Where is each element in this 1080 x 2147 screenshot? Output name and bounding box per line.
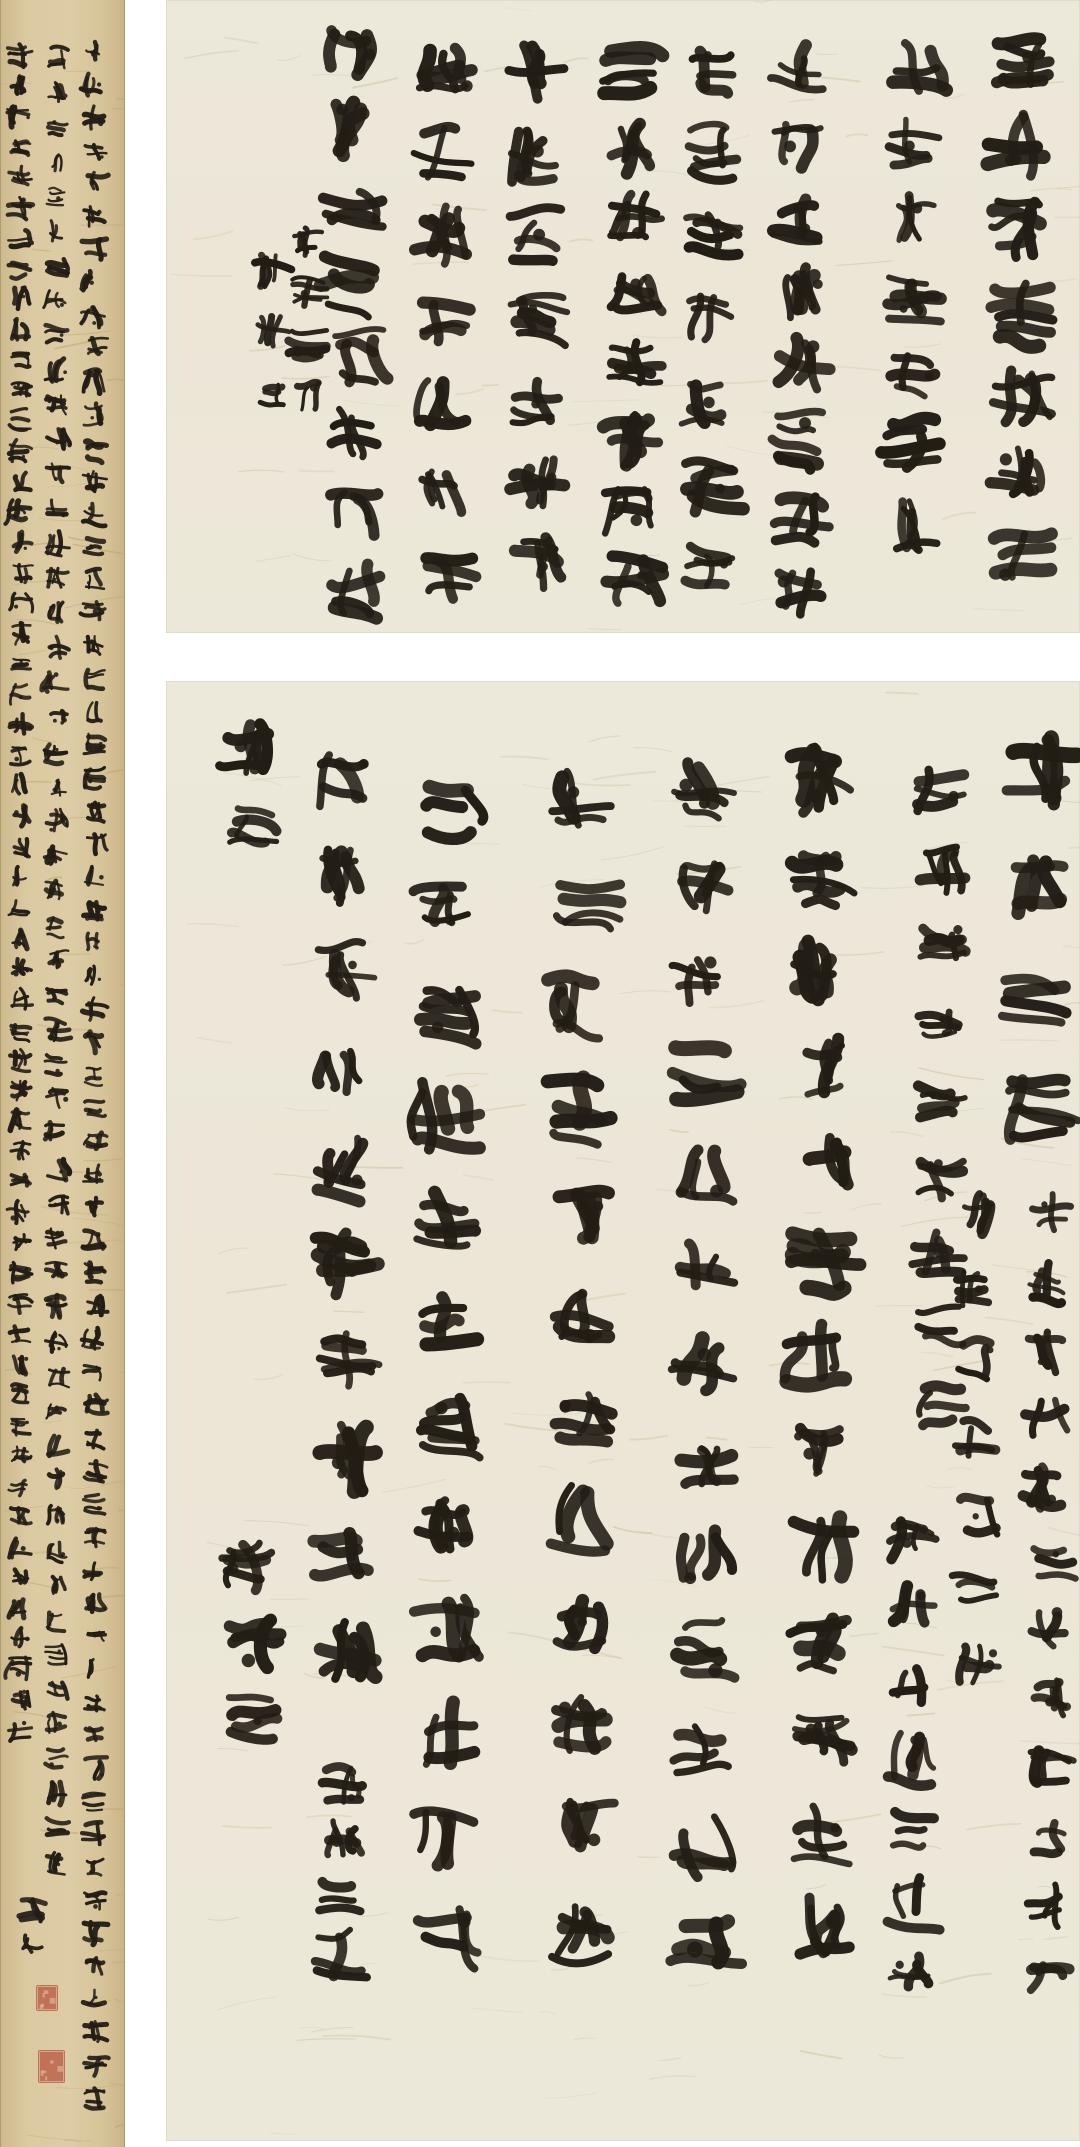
paper-fiber xyxy=(1001,1040,1059,1041)
top-sheet xyxy=(166,0,1080,633)
paper-fiber xyxy=(283,377,330,379)
paper-fiber xyxy=(1030,189,1071,191)
paper-fiber xyxy=(224,38,258,44)
paper-fiber xyxy=(218,1748,248,1750)
paper-fiber xyxy=(117,99,125,101)
paper-fiber xyxy=(307,1815,351,1817)
paper-fiber xyxy=(589,1459,613,1463)
paper-fiber xyxy=(361,1963,377,1964)
paper-fiber xyxy=(546,2093,597,2098)
paper-fiber xyxy=(334,1311,364,1312)
paper-fiber xyxy=(485,67,507,71)
paper-fiber xyxy=(278,56,300,61)
paper-fiber xyxy=(107,379,125,382)
paper-fiber xyxy=(65,71,87,72)
paper-fiber xyxy=(481,1956,539,1961)
calligraphy-column xyxy=(888,1522,940,1987)
paper-fiber xyxy=(244,1521,310,1526)
calligraphy-artwork xyxy=(0,0,1080,2147)
paper-fiber xyxy=(343,400,402,406)
paper-fiber xyxy=(121,975,125,985)
paper-fiber xyxy=(594,772,655,779)
paper-fiber xyxy=(566,782,630,786)
paper-fiber xyxy=(1069,841,1080,848)
paper-fiber xyxy=(43,1420,62,1422)
paper-fiber xyxy=(882,1994,926,1997)
paper-fiber xyxy=(630,1436,667,1440)
paper-fiber xyxy=(576,1158,612,1163)
paper-fiber xyxy=(851,1634,878,1637)
paper-fiber xyxy=(57,2086,116,2089)
paper-fiber xyxy=(171,274,233,276)
paper-fiber xyxy=(120,1372,125,1374)
paper-fiber xyxy=(886,693,918,694)
paper-fiber xyxy=(256,556,291,562)
paper-fiber xyxy=(283,956,326,965)
calligraphy-column xyxy=(321,31,388,619)
paper-fiber xyxy=(806,1885,826,1889)
bottom-sheet-calligraphy-svg xyxy=(166,681,1080,2141)
paper-fiber xyxy=(293,554,331,561)
paper-fiber xyxy=(405,940,424,944)
paper-fiber xyxy=(413,262,468,264)
paper-fiber xyxy=(587,629,621,630)
calligraphy-column xyxy=(988,39,1053,581)
paper-fiber xyxy=(284,1108,330,1111)
paper-fiber xyxy=(670,1130,688,1133)
paper-fiber xyxy=(634,748,672,752)
calligraphy-column xyxy=(42,47,71,1875)
paper-fiber xyxy=(446,1073,489,1076)
calligraphy-column xyxy=(671,763,742,1964)
paper-fiber xyxy=(98,1594,125,1597)
paper-fiber xyxy=(853,1204,882,1210)
paper-fiber xyxy=(116,2122,125,2127)
paper-fiber xyxy=(1022,1159,1072,1166)
calligraphy-column xyxy=(414,48,476,599)
paper-fiber xyxy=(715,381,767,384)
paper-fiber xyxy=(39,518,87,521)
paper-fiber xyxy=(218,1997,276,2010)
paper-fiber xyxy=(614,1527,652,1533)
paper-fiber xyxy=(227,1285,286,1294)
paper-fiber xyxy=(32,249,51,251)
calligraphy-column xyxy=(81,42,109,2109)
paper-fiber xyxy=(512,1413,581,1415)
paper-fiber xyxy=(493,1010,523,1013)
paper-fiber xyxy=(908,1714,935,1716)
paper-fiber xyxy=(876,1306,922,1307)
paper-fiber xyxy=(483,385,498,386)
colophon-strip xyxy=(0,0,125,2147)
paper-fiber xyxy=(187,924,238,927)
paper-fiber xyxy=(574,2038,594,2040)
paper-fiber xyxy=(570,239,593,241)
paper-fiber xyxy=(943,512,976,519)
calligraphy-column xyxy=(255,255,292,405)
calligraphy-column xyxy=(548,771,621,1963)
paper-fiber xyxy=(539,1466,556,1469)
calligraphy-column xyxy=(509,45,567,588)
paper-fiber xyxy=(197,1038,233,1044)
bottom-sheet xyxy=(166,681,1080,2141)
paper-fiber xyxy=(382,1479,445,1492)
paper-fiber xyxy=(789,100,813,102)
calligraphy-column xyxy=(315,1766,367,1977)
paper-fiber xyxy=(634,336,682,338)
paper-fiber xyxy=(59,1240,125,1244)
paper-fiber xyxy=(501,757,548,760)
paper-fiber xyxy=(300,471,334,472)
paper-fiber xyxy=(14,1712,47,1717)
paper-fiber xyxy=(12,782,51,784)
paper-fiber xyxy=(827,1814,881,1823)
paper-fiber xyxy=(862,886,924,889)
paper-fiber xyxy=(464,1175,493,1180)
calligraphy-column xyxy=(1023,1194,1076,1990)
paper-fiber xyxy=(879,2055,903,2059)
paper-fiber xyxy=(223,1826,272,1828)
paper-fiber xyxy=(270,2133,294,2135)
paper-fiber xyxy=(209,1917,239,1920)
paper-fiber xyxy=(974,609,1022,611)
paper-fiber xyxy=(689,1983,708,1986)
paper-fiber xyxy=(250,346,285,351)
paper-fiber xyxy=(194,231,233,239)
paper-fiber xyxy=(707,1438,727,1440)
paper-fiber xyxy=(106,770,125,773)
paper-fiber xyxy=(255,1375,282,1379)
seal-stamp xyxy=(38,2050,65,2083)
paper-fiber xyxy=(540,2012,556,2014)
paper-fiber xyxy=(660,2058,681,2061)
paper-fiber xyxy=(1020,1741,1080,1744)
calligraphy-column xyxy=(1002,738,1078,1140)
paper-fiber xyxy=(312,2028,353,2033)
paper-fiber xyxy=(948,1468,972,1470)
colophon-calligraphy-svg xyxy=(0,0,125,2147)
paper-fiber xyxy=(92,1568,119,1571)
calligraphy-column xyxy=(771,45,830,614)
calligraphy-column xyxy=(912,770,966,1425)
paper-fiber xyxy=(657,1189,675,1191)
paper-fiber xyxy=(564,58,588,62)
paper-fiber xyxy=(116,1888,125,1895)
paper-fiber xyxy=(1055,214,1080,217)
paper-fiber xyxy=(709,1001,763,1008)
paper-fiber xyxy=(801,2051,842,2059)
paper-fiber xyxy=(754,0,775,2)
paper-fiber xyxy=(84,1159,122,1161)
paper-fiber xyxy=(123,1817,125,1821)
paper-fiber xyxy=(119,1509,125,1511)
paper-fiber xyxy=(361,1913,388,1916)
paper-fiber xyxy=(572,400,641,402)
paper-fiber xyxy=(100,1950,125,1952)
paper-fiber xyxy=(836,261,892,266)
paper-fiber xyxy=(926,1486,955,1488)
seal-stamp xyxy=(36,1985,58,2011)
paper-fiber xyxy=(115,1999,125,2002)
paper-fiber xyxy=(185,51,238,59)
paper-fiber xyxy=(299,2027,323,2029)
calligraphy-column xyxy=(952,1194,999,1683)
paper-fiber xyxy=(986,1318,1033,1325)
calligraphy-column xyxy=(785,747,860,1954)
paper-fiber xyxy=(804,1212,821,1213)
paper-fiber xyxy=(1037,1886,1052,1888)
paper-fiber xyxy=(1044,1937,1067,1940)
paper-fiber xyxy=(523,785,549,789)
paper-fiber xyxy=(1057,184,1080,188)
paper-fiber xyxy=(901,1217,967,1226)
paper-fiber xyxy=(967,1824,1021,1830)
paper-fiber xyxy=(589,736,620,742)
calligraphy-column xyxy=(314,755,379,1679)
paper-fiber xyxy=(919,1068,983,1080)
paper-fiber xyxy=(883,1647,944,1656)
paper-fiber xyxy=(113,106,125,109)
paper-fiber xyxy=(891,1132,924,1137)
paper-fiber xyxy=(830,952,884,955)
paper-fiber xyxy=(905,344,941,348)
calligraphy-column xyxy=(222,1543,280,1740)
paper-fiber xyxy=(552,1966,571,1970)
paper-fiber xyxy=(705,1707,735,1713)
paper-fiber xyxy=(64,1486,92,1488)
paper-fiber xyxy=(582,1655,620,1658)
paper-fiber xyxy=(647,171,689,175)
paper-fiber xyxy=(224,773,281,785)
paper-fiber xyxy=(239,470,284,472)
paper-fiber xyxy=(1049,279,1076,281)
paper-fiber xyxy=(650,2076,695,2079)
paper-fiber xyxy=(19,650,45,654)
calligraphy-column xyxy=(682,51,744,586)
paper-fiber xyxy=(846,134,867,136)
calligraphy-column xyxy=(5,44,33,1741)
paper-fiber xyxy=(621,991,671,994)
paper-fiber xyxy=(1019,1939,1034,1940)
paper-fiber xyxy=(815,54,837,55)
paper-fiber xyxy=(587,1294,625,1300)
paper-fiber xyxy=(90,1290,125,1291)
paper-fiber xyxy=(297,2039,356,2041)
paper-fiber xyxy=(505,8,531,11)
paper-fiber xyxy=(1048,1528,1080,1538)
paper-fiber xyxy=(419,1579,451,1581)
paper-fiber xyxy=(463,1382,510,1383)
top-sheet-calligraphy-svg xyxy=(166,0,1080,633)
paper-fiber xyxy=(509,1632,554,1641)
paper-fiber xyxy=(28,2135,92,2141)
paper-fiber xyxy=(74,1218,123,1225)
paper-fiber xyxy=(922,1352,953,1357)
paper-fiber xyxy=(218,1248,248,1254)
paper-fiber xyxy=(32,738,55,742)
paper-fiber xyxy=(473,2008,523,2013)
calligraphy-column xyxy=(603,48,663,603)
paper-fiber xyxy=(601,847,663,860)
calligraphy-column xyxy=(881,43,946,550)
paper-fiber xyxy=(940,1974,991,1984)
paper-fiber xyxy=(1063,946,1080,954)
calligraphy-column xyxy=(220,724,277,843)
paper-fiber xyxy=(456,389,483,394)
paper-fiber xyxy=(822,78,860,82)
calligraphy-column xyxy=(411,787,484,1969)
paper-fiber xyxy=(113,1960,125,1963)
calligraphy-column xyxy=(19,1899,45,1952)
